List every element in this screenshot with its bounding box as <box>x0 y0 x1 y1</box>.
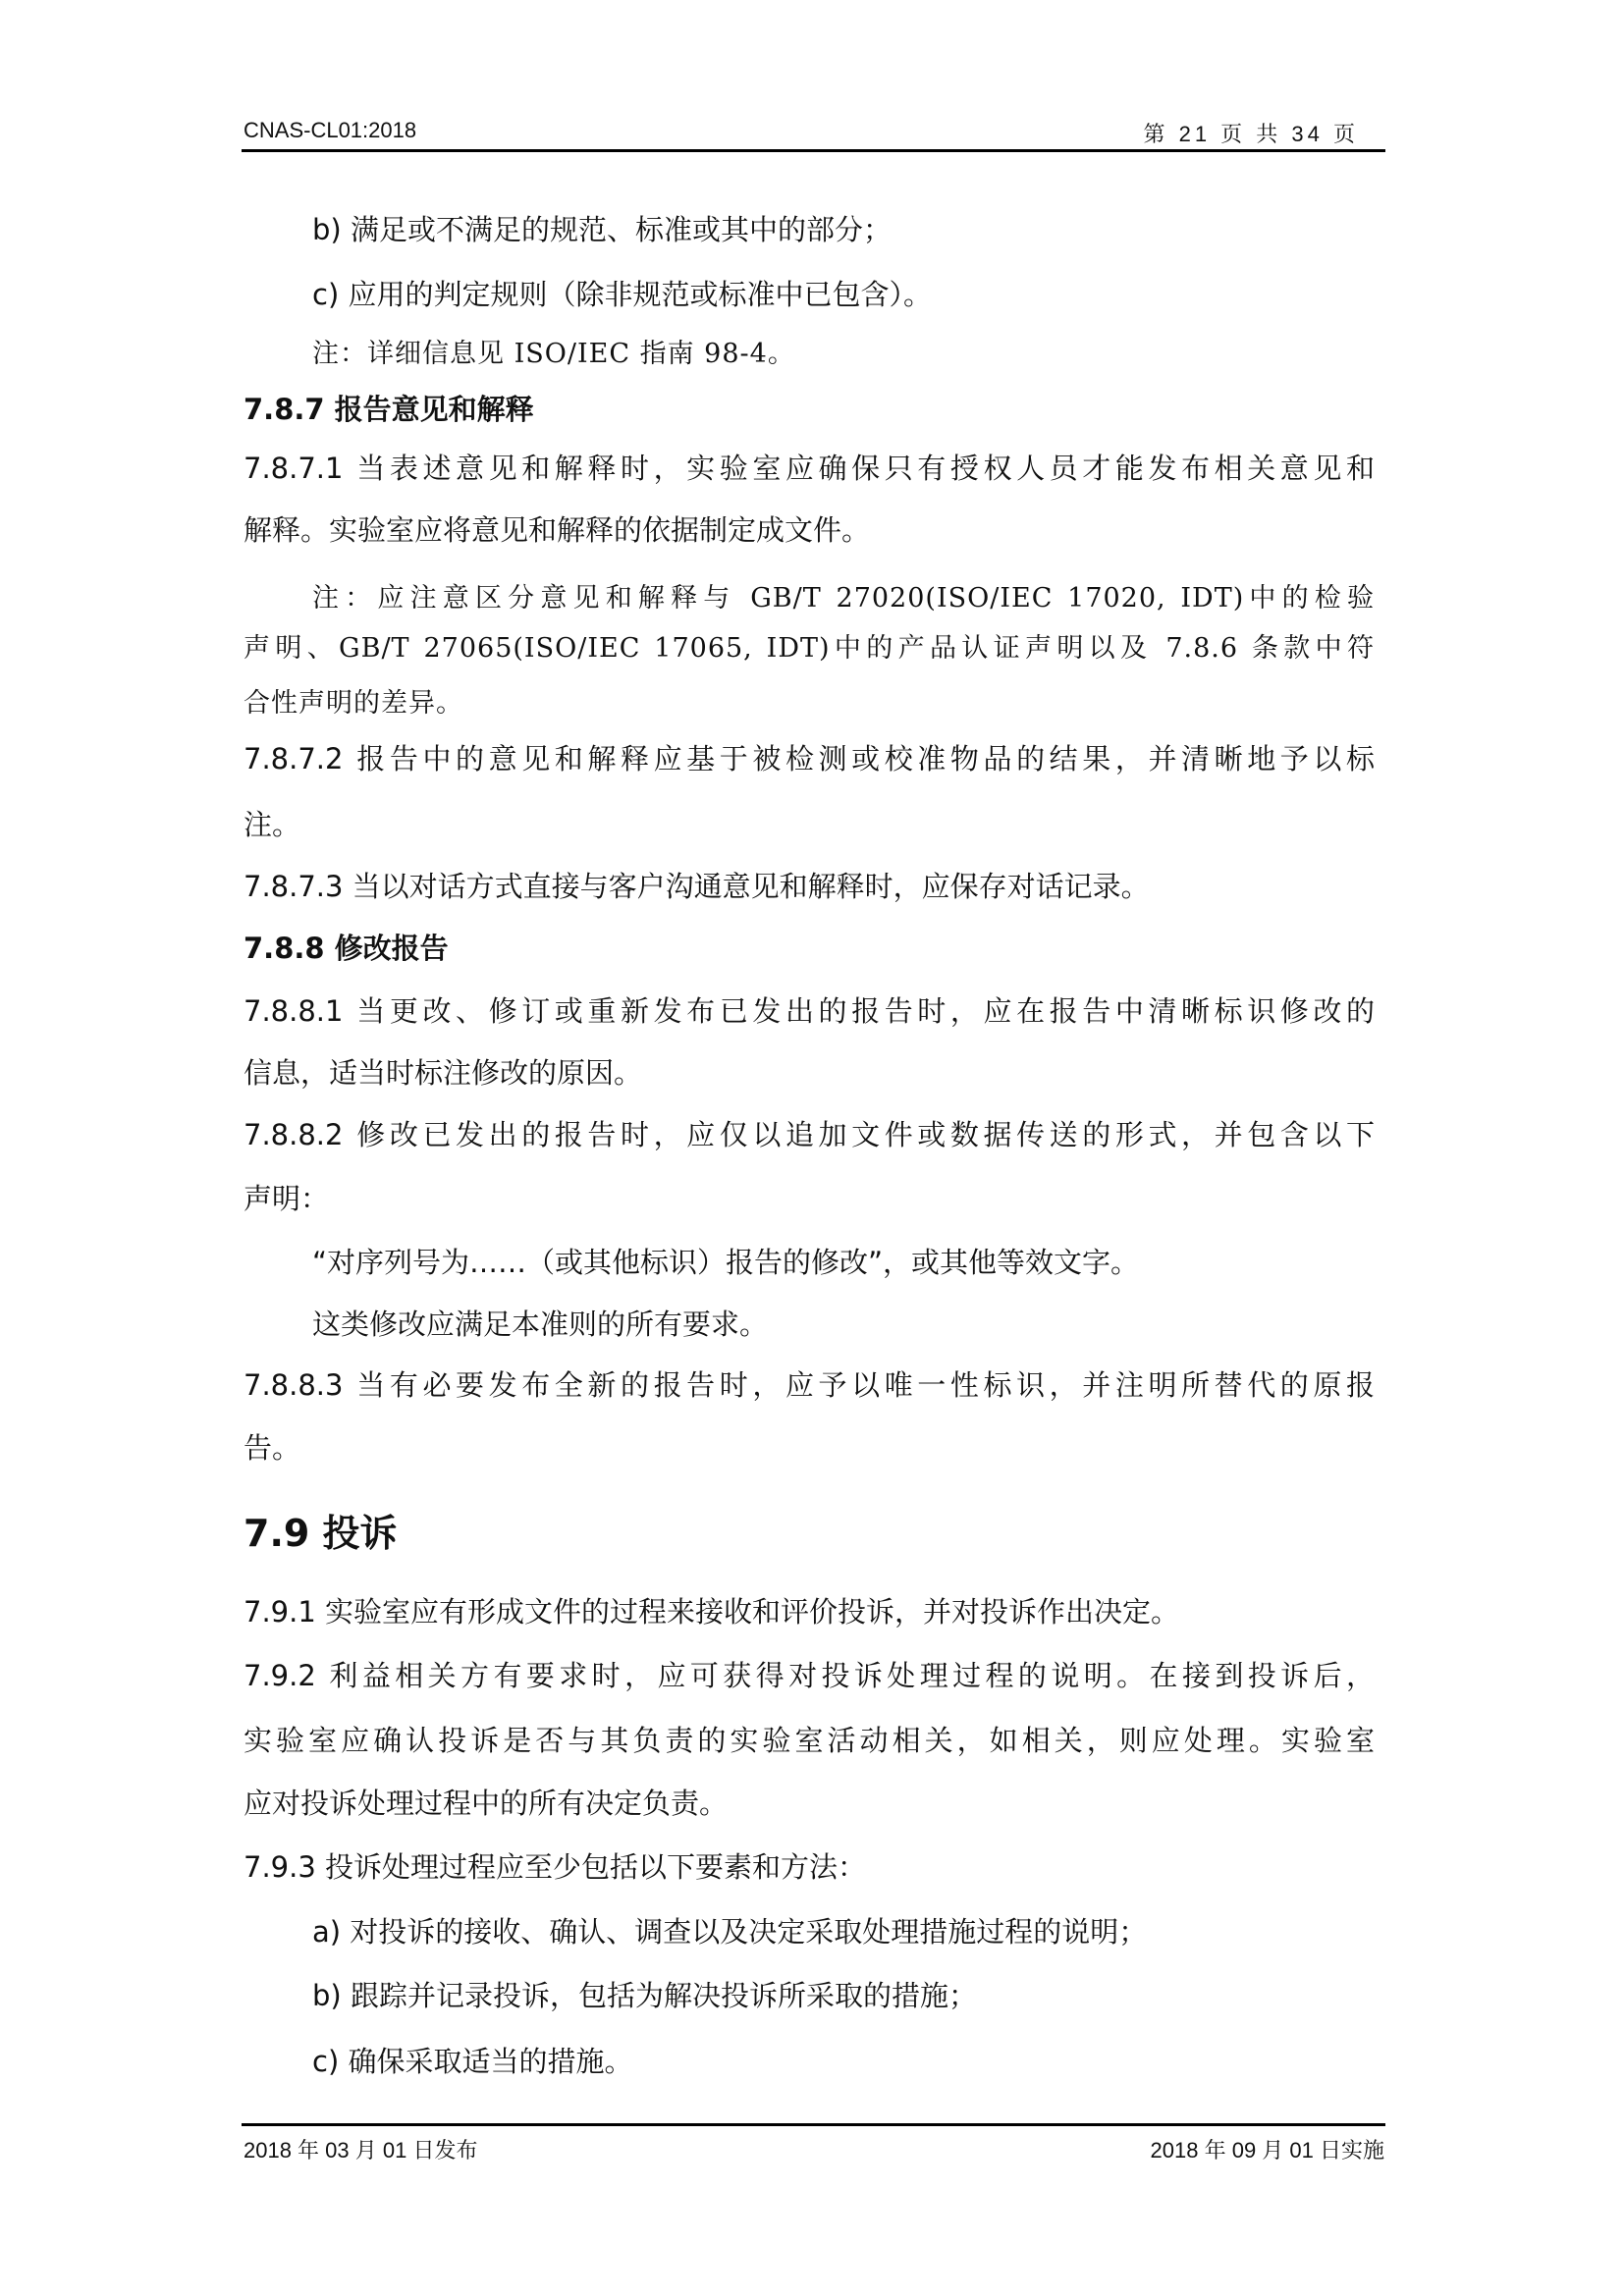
item-c-rule: c) 应用的判定规则（除非规范或标准中已包含）。 <box>312 277 1375 312</box>
heading-7-8-7: 7.8.7 报告意见和解释 <box>244 392 1375 427</box>
document-page: CNAS-CL01:2018 第 21 页 共 34 页 b) 满足或不满足的规… <box>0 0 1624 2296</box>
item-b-spec: b) 满足或不满足的规范、标准或其中的部分； <box>312 212 1375 247</box>
heading-7-9: 7.9 投诉 <box>244 1512 1375 1555</box>
note-7-8-7-1-l2: 声明、GB/T 27065(ISO/IEC 17065, IDT)中的产品认证声… <box>244 631 1375 667</box>
note-iso-guide: 注：详细信息见 ISO/IEC 指南 98-4。 <box>312 337 1375 372</box>
item-b-tracking: b) 跟踪并记录投诉，包括为解决投诉所采取的措施； <box>312 1978 1375 2013</box>
clause-7-8-7-2-l2: 注。 <box>244 807 1375 842</box>
note-7-8-7-1-l3: 合性声明的差异。 <box>244 686 1375 721</box>
clause-7-8-8-2-l2: 声明： <box>244 1181 1375 1216</box>
clause-7-9-1: 7.9.1 实验室应有形成文件的过程来接收和评价投诉，并对投诉作出决定。 <box>244 1594 1375 1629</box>
item-c-actions: c) 确保采取适当的措施。 <box>312 2044 1375 2079</box>
clause-7-8-8-3-l1: 7.8.8.3 当有必要发布全新的报告时，应予以唯一性标识，并注明所替代的原报 <box>244 1367 1375 1403</box>
clause-7-8-7-1-l1: 7.8.7.1 当表述意见和解释时，实验室应确保只有授权人员才能发布相关意见和 <box>244 451 1375 486</box>
header-page-info: 第 21 页 共 34 页 <box>1143 118 1359 148</box>
clause-7-8-8-2-l1: 7.8.8.2 修改已发出的报告时，应仅以追加文件或数据传送的形式，并包含以下 <box>244 1117 1375 1152</box>
header-rule <box>242 149 1385 152</box>
requirement-note: 这类修改应满足本准则的所有要求。 <box>312 1307 1375 1342</box>
clause-7-8-8-1-l2: 信息，适当时标注修改的原因。 <box>244 1055 1375 1091</box>
clause-7-8-7-2-l1: 7.8.7.2 报告中的意见和解释应基于被检测或校准物品的结果，并清晰地予以标 <box>244 741 1375 776</box>
clause-7-8-8-1-l1: 7.8.8.1 当更改、修订或重新发布已发出的报告时，应在报告中清晰标识修改的 <box>244 993 1375 1029</box>
clause-7-9-3: 7.9.3 投诉处理过程应至少包括以下要素和方法： <box>244 1849 1375 1885</box>
footer-published-date: 2018 年 03 月 01 日发布 <box>244 2134 477 2164</box>
clause-7-8-7-3: 7.8.7.3 当以对话方式直接与客户沟通意见和解释时，应保存对话记录。 <box>244 869 1375 904</box>
clause-7-9-2-l1: 7.9.2 利益相关方有要求时，应可获得对投诉处理过程的说明。在接到投诉后， <box>244 1658 1375 1693</box>
footer-effective-date: 2018 年 09 月 01 日实施 <box>1151 2134 1384 2164</box>
footer-rule <box>242 2123 1385 2126</box>
item-a-description: a) 对投诉的接收、确认、调查以及决定采取处理措施过程的说明； <box>312 1914 1375 1949</box>
quote-statement: “对序列号为……（或其他标识）报告的修改”，或其他等效文字。 <box>312 1245 1375 1280</box>
clause-7-8-7-1-l2: 解释。实验室应将意见和解释的依据制定成文件。 <box>244 512 1375 548</box>
clause-7-9-2-l3: 应对投诉处理过程中的所有决定负责。 <box>244 1786 1375 1821</box>
header-doc-id: CNAS-CL01:2018 <box>244 118 416 143</box>
heading-7-8-8: 7.8.8 修改报告 <box>244 931 1375 966</box>
clause-7-9-2-l2: 实验室应确认投诉是否与其负责的实验室活动相关，如相关，则应处理。实验室 <box>244 1723 1375 1758</box>
note-7-8-7-1-l1: 注：应注意区分意见和解释与 GB/T 27020(ISO/IEC 17020, … <box>312 581 1375 616</box>
clause-7-8-8-3-l2: 告。 <box>244 1430 1375 1466</box>
